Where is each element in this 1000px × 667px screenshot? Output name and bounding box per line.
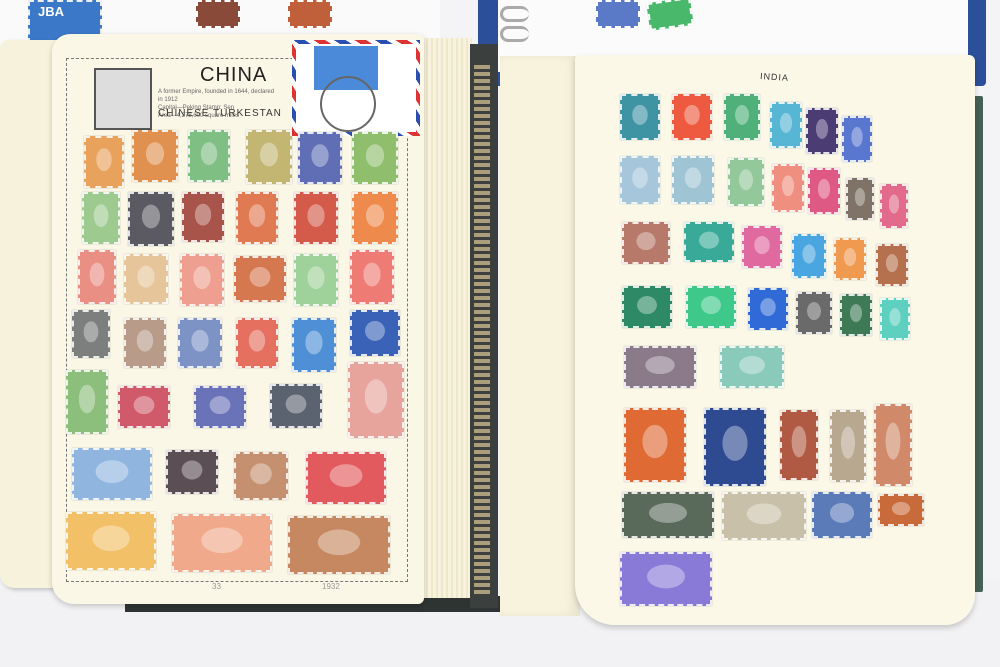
note-line: in 1912 [158,96,308,104]
page-title-india: INDIA [760,71,790,83]
stamp [180,254,224,306]
note-line: A former Empire, founded in 1644, declar… [158,88,308,96]
stamp [880,298,910,340]
stamp [306,452,386,504]
stamp [288,516,390,574]
stamp [830,410,866,482]
stamp [704,408,766,486]
stamp [132,130,178,182]
stamp [236,318,278,368]
binder-ring-icon [500,26,529,42]
stamp [66,512,156,570]
stamp [294,192,338,244]
stamp [808,168,840,214]
stamp [236,192,278,244]
stamp [350,310,400,356]
stamp [722,492,806,540]
stamp [166,450,218,494]
stamp [772,164,804,212]
album-cover-left [0,40,60,588]
stamp [246,130,292,184]
spine-pattern [474,64,490,594]
album-inner-page [500,56,580,616]
stamp [82,192,120,244]
stamp [622,286,672,328]
stamp [124,254,168,304]
stamp [348,362,404,438]
stamp [72,448,152,500]
stamp [620,552,712,606]
stamp [684,222,734,262]
page-edges [416,38,472,598]
stamp [72,310,110,358]
stamp [182,192,224,242]
stamp [880,184,908,228]
stamp [84,136,124,188]
stamp [234,452,288,500]
page-year: 1932 [322,582,340,591]
stamp [842,116,872,162]
stamp [194,386,246,428]
stamp [196,0,240,28]
stamp [812,492,872,538]
stamp [620,156,660,204]
stamp [66,370,108,434]
stamp [840,294,872,336]
stamp [878,494,924,526]
stamp [806,108,838,154]
stamp [352,132,398,184]
stamp [620,94,660,140]
stamp [78,250,116,304]
binder-ring-icon [500,6,529,22]
stamp [234,256,286,302]
stamp [728,158,764,206]
stamp [624,346,696,388]
stamp [834,238,866,280]
stamp [298,132,342,184]
crest-stamp [94,68,152,130]
stamp [622,222,670,264]
stamp [352,192,398,244]
stamp [742,226,782,268]
stamp [624,408,686,482]
stamp [672,94,712,140]
stamp [796,292,832,334]
postmark [320,76,376,132]
stamp [596,0,640,28]
stamp [748,288,788,330]
stamp [294,254,338,306]
stamp [724,94,760,140]
stamp [780,410,818,480]
stamp [720,346,784,388]
stamp [350,250,394,304]
stamp [622,492,714,538]
page-subtitle: CHINESE TURKESTAN [158,108,282,119]
page-number: 33 [212,582,221,591]
stamp [686,286,736,328]
stamp [172,514,272,572]
page-title-china: CHINA [200,64,267,87]
stamp [672,156,714,204]
stamp [188,130,230,182]
stamp [876,244,908,286]
stamp [128,192,174,246]
stamp [770,102,802,148]
stamp [118,386,170,428]
stamp [292,318,336,372]
stamp [874,404,912,486]
stamp [846,178,874,220]
stamp [792,234,826,278]
stamp [270,384,322,428]
stamp [288,0,332,28]
stamp [178,318,222,368]
stamp [124,318,166,368]
